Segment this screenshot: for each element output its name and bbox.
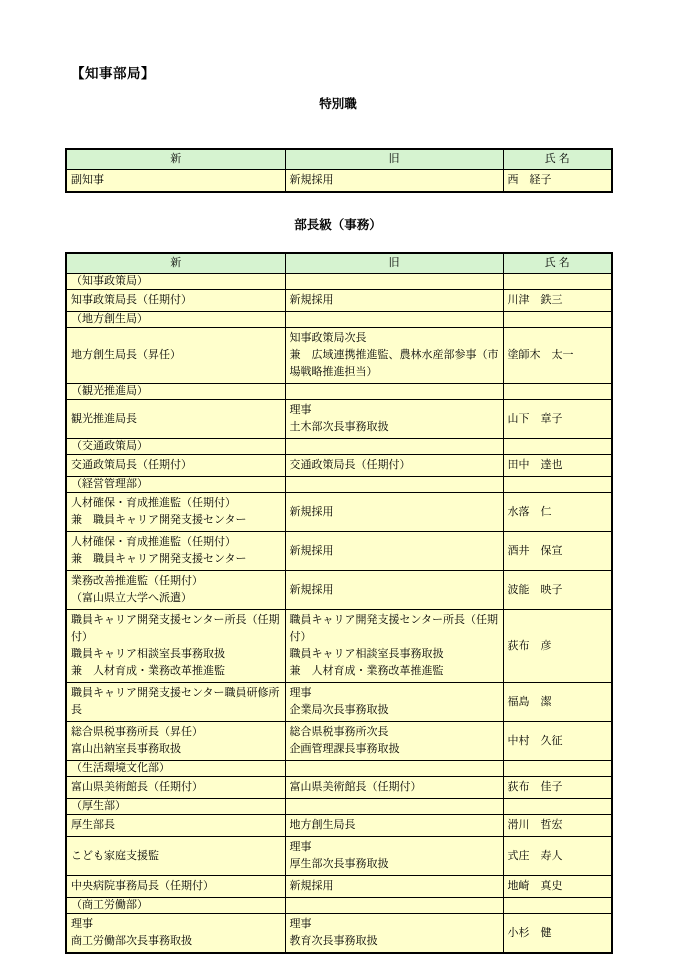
old-post-cell: 総合県税事務所次長 企画管理課長事務取扱 [285, 722, 503, 761]
empty-cell [285, 274, 503, 290]
empty-cell [503, 439, 612, 455]
name-cell: 川津 鉄三 [503, 290, 612, 312]
personnel-row: 副知事新規採用西 経子 [66, 170, 612, 193]
column-header-old: 旧 [285, 149, 503, 170]
personnel-row: 知事政策局長（任期付）新規採用川津 鉄三 [66, 290, 612, 312]
old-post-cell: 交通政策局長（任期付） [285, 455, 503, 477]
department-label-cell: （厚生部） [66, 799, 285, 815]
name-cell: 荻布 佳子 [503, 777, 612, 799]
new-post-cell: 職員キャリア開発支援センター職員研修所長 [66, 683, 285, 722]
empty-cell [285, 799, 503, 815]
department-label-cell: （知事政策局） [66, 274, 285, 290]
personnel-row: 富山県美術館長（任期付）富山県美術館長（任期付）荻布 佳子 [66, 777, 612, 799]
column-header-name: 氏 名 [503, 149, 612, 170]
personnel-row: 人材確保・育成推進監（任期付） 兼 職員キャリア開発支援センター新規採用水落 仁 [66, 493, 612, 532]
name-cell: 山下 章子 [503, 400, 612, 439]
personnel-row: 業務改善推進監（任期付） （富山県立大学へ派遣）新規採用波能 映子 [66, 571, 612, 610]
table-header-row: 新 旧 氏 名 [66, 149, 612, 170]
name-cell: 荻布 彦 [503, 610, 612, 683]
department-section-row: （交通政策局） [66, 439, 612, 455]
empty-cell [503, 274, 612, 290]
column-header-old: 旧 [285, 253, 503, 274]
old-post-cell: 理事 教育次長事務取扱 [285, 914, 503, 954]
old-post-cell: 理事 企業局次長事務取扱 [285, 683, 503, 722]
department-section-row: （生活環境文化部） [66, 761, 612, 777]
empty-cell [503, 898, 612, 914]
new-post-cell: 副知事 [66, 170, 285, 193]
column-header-new: 新 [66, 149, 285, 170]
old-post-cell: 新規採用 [285, 493, 503, 532]
name-cell: 波能 映子 [503, 571, 612, 610]
personnel-row: 地方創生局長（昇任）知事政策局次長 兼 広域連携推進監、農林水産部参事（市場戦略… [66, 328, 612, 384]
new-post-cell: 交通政策局長（任期付） [66, 455, 285, 477]
personnel-row: 職員キャリア開発支援センター職員研修所長理事 企業局次長事務取扱福島 潔 [66, 683, 612, 722]
old-post-cell: 職員キャリア開発支援センター所長（任期付） 職員キャリア相談室長事務取扱 兼 人… [285, 610, 503, 683]
name-cell: 西 経子 [503, 170, 612, 193]
new-post-cell: 職員キャリア開発支援センター所長（任期付） 職員キャリア相談室長事務取扱 兼 人… [66, 610, 285, 683]
document-page: 【知事部局】 特別職 新 旧 氏 名 副知事新規採用西 経子 部長級（事務） 新… [0, 0, 680, 954]
personnel-row: 観光推進局長理事 土木部次長事務取扱山下 章子 [66, 400, 612, 439]
department-label-cell: （経営管理部） [66, 477, 285, 493]
new-post-cell: 理事 商工労働部次長事務取扱 [66, 914, 285, 954]
new-post-cell: 人材確保・育成推進監（任期付） 兼 職員キャリア開発支援センター [66, 532, 285, 571]
empty-cell [503, 761, 612, 777]
old-post-cell: 理事 厚生部次長事務取扱 [285, 837, 503, 876]
department-section-row: （地方創生局） [66, 312, 612, 328]
personnel-row: 理事 商工労働部次長事務取扱理事 教育次長事務取扱小杉 健 [66, 914, 612, 954]
name-cell: 水落 仁 [503, 493, 612, 532]
department-label-cell: （商工労働部） [66, 898, 285, 914]
column-header-name: 氏 名 [503, 253, 612, 274]
name-cell: 中村 久征 [503, 722, 612, 761]
director-level-table-body: （知事政策局）知事政策局長（任期付）新規採用川津 鉄三（地方創生局）地方創生局長… [66, 274, 612, 954]
empty-cell [285, 439, 503, 455]
new-post-cell: こども家庭支援監 [66, 837, 285, 876]
old-post-cell: 地方創生局長 [285, 815, 503, 837]
department-label-cell: （生活環境文化部） [66, 761, 285, 777]
name-cell: 酒井 保宣 [503, 532, 612, 571]
old-post-cell: 新規採用 [285, 290, 503, 312]
empty-cell [503, 312, 612, 328]
empty-cell [285, 312, 503, 328]
new-post-cell: 総合県税事務所長（昇任） 富山出納室長事務取扱 [66, 722, 285, 761]
department-label-cell: （地方創生局） [66, 312, 285, 328]
department-section-row: （商工労働部） [66, 898, 612, 914]
old-post-cell: 新規採用 [285, 532, 503, 571]
old-post-cell: 知事政策局次長 兼 広域連携推進監、農林水産部参事（市場戦略推進担当） [285, 328, 503, 384]
new-post-cell: 厚生部長 [66, 815, 285, 837]
old-post-cell: 新規採用 [285, 571, 503, 610]
special-post-table-body: 副知事新規採用西 経子 [66, 170, 612, 193]
personnel-row: 職員キャリア開発支援センター所長（任期付） 職員キャリア相談室長事務取扱 兼 人… [66, 610, 612, 683]
personnel-row: こども家庭支援監理事 厚生部次長事務取扱式庄 寿人 [66, 837, 612, 876]
section-title-tokubetsushoku: 特別職 [65, 94, 611, 112]
personnel-row: 人材確保・育成推進監（任期付） 兼 職員キャリア開発支援センター新規採用酒井 保… [66, 532, 612, 571]
department-section-row: （経営管理部） [66, 477, 612, 493]
department-section-row: （観光推進局） [66, 384, 612, 400]
name-cell: 田中 達也 [503, 455, 612, 477]
new-post-cell: 知事政策局長（任期付） [66, 290, 285, 312]
old-post-cell: 富山県美術館長（任期付） [285, 777, 503, 799]
empty-cell [285, 898, 503, 914]
name-cell: 滑川 哲宏 [503, 815, 612, 837]
name-cell: 塗師木 太一 [503, 328, 612, 384]
personnel-row: 中央病院事務局長（任期付）新規採用地崎 真史 [66, 876, 612, 898]
special-post-table: 新 旧 氏 名 副知事新規採用西 経子 [65, 148, 613, 193]
new-post-cell: 観光推進局長 [66, 400, 285, 439]
name-cell: 地崎 真史 [503, 876, 612, 898]
department-label-cell: （交通政策局） [66, 439, 285, 455]
new-post-cell: 中央病院事務局長（任期付） [66, 876, 285, 898]
personnel-row: 交通政策局長（任期付）交通政策局長（任期付）田中 達也 [66, 455, 612, 477]
old-post-cell: 理事 土木部次長事務取扱 [285, 400, 503, 439]
personnel-row: 総合県税事務所長（昇任） 富山出納室長事務取扱総合県税事務所次長 企画管理課長事… [66, 722, 612, 761]
table-header-row: 新 旧 氏 名 [66, 253, 612, 274]
director-level-table: 新 旧 氏 名 （知事政策局）知事政策局長（任期付）新規採用川津 鉄三（地方創生… [65, 252, 613, 954]
empty-cell [285, 761, 503, 777]
name-cell: 式庄 寿人 [503, 837, 612, 876]
old-post-cell: 新規採用 [285, 876, 503, 898]
page-title: 【知事部局】 [71, 62, 680, 82]
department-label-cell: （観光推進局） [66, 384, 285, 400]
new-post-cell: 業務改善推進監（任期付） （富山県立大学へ派遣） [66, 571, 285, 610]
department-section-row: （厚生部） [66, 799, 612, 815]
name-cell: 小杉 健 [503, 914, 612, 954]
empty-cell [285, 384, 503, 400]
empty-cell [503, 477, 612, 493]
empty-cell [503, 799, 612, 815]
section-title-buchoukyuu: 部長級（事務） [65, 215, 611, 233]
column-header-new: 新 [66, 253, 285, 274]
department-section-row: （知事政策局） [66, 274, 612, 290]
name-cell: 福島 潔 [503, 683, 612, 722]
new-post-cell: 人材確保・育成推進監（任期付） 兼 職員キャリア開発支援センター [66, 493, 285, 532]
new-post-cell: 地方創生局長（昇任） [66, 328, 285, 384]
new-post-cell: 富山県美術館長（任期付） [66, 777, 285, 799]
empty-cell [503, 384, 612, 400]
empty-cell [285, 477, 503, 493]
old-post-cell: 新規採用 [285, 170, 503, 193]
personnel-row: 厚生部長地方創生局長滑川 哲宏 [66, 815, 612, 837]
